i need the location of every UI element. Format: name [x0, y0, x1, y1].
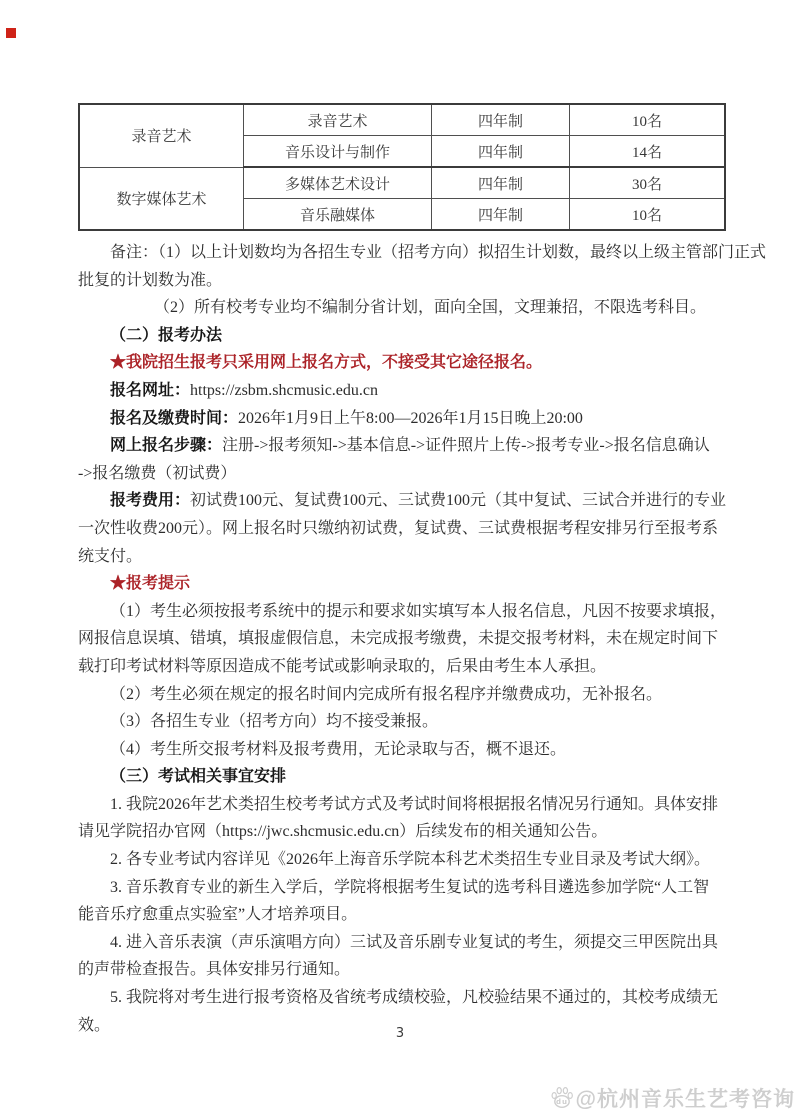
red-notice-line: ★报考提示: [78, 570, 720, 598]
table-cell-program: 多媒体艺术设计: [244, 167, 432, 199]
notes-line: 批复的计划数为准。: [78, 267, 720, 295]
numbered-item: 3. 音乐教育专业的新生入学后，学院将根据考生复试的选考科目遴选参加学院“人工智: [78, 874, 720, 902]
table-cell-program: 音乐设计与制作: [244, 136, 432, 168]
tip-line: （1）考生必须按报考系统中的提示和要求如实填写本人报名信息，凡因不按要求填报，: [78, 598, 720, 626]
table-cell-duration: 四年制: [432, 199, 570, 231]
tip-line: （4）考生所交报考材料及报考费用，无论录取与否，概不退还。: [78, 736, 720, 764]
numbered-item: 2. 各专业考试内容详见《2026年上海音乐学院本科艺术类招生专业目录及考试大纲…: [78, 846, 720, 874]
text-run: 网报信息误填、错填，填报虚假信息，未完成报考缴费，未提交报考材料，未在规定时间下: [78, 630, 718, 647]
labeled-line: 报名网址：https://zsbm.shcmusic.edu.cn: [78, 377, 720, 405]
text-run: 批复的计划数为准。: [78, 272, 222, 289]
svg-text:du: du: [556, 1098, 568, 1106]
table-cell-quota: 14名: [570, 136, 726, 168]
text-run: （4）考生所交报考材料及报考费用，无论录取与否，概不退还。: [110, 741, 566, 758]
red-corner-mark: [6, 28, 16, 38]
table-cell-duration: 四年制: [432, 136, 570, 168]
labeled-line: 报名及缴费时间：2026年1月9日上午8:00—2026年1月15日晚上20:0…: [78, 405, 720, 433]
numbered-item: 4. 进入音乐表演（声乐演唱方向）三试及音乐剧专业复试的考生，须提交三甲医院出具: [78, 929, 720, 957]
labeled-line-wrap: 统支付。: [78, 543, 720, 571]
text-run: 备注：（1）以上计划数均为各招生专业（招考方向）拟招生计划数，最终以上级主管部门…: [110, 244, 766, 261]
inline-label: （三）考试相关事宜安排: [110, 768, 286, 785]
tip-line: 载打印考试材料等原因造成不能考试或影响录取的，后果由考生本人承担。: [78, 653, 720, 681]
red-text-run: ★报考提示: [110, 575, 190, 592]
text-run: （1）考生必须按报考系统中的提示和要求如实填写本人报名信息，凡因不按要求填报，: [110, 603, 726, 620]
section-heading: （二）报考办法: [78, 322, 720, 350]
text-run: （2）所有校考专业均不编制分省计划，面向全国，文理兼招，不限选考科目。: [154, 299, 706, 316]
table-row: 录音艺术 录音艺术 四年制 10名: [79, 104, 725, 136]
text-run: 能音乐疗愈重点实验室”人才培养项目。: [78, 906, 357, 923]
watermark: du @杭州音乐生艺考咨询: [550, 1083, 795, 1113]
text-run: ->报名缴费（初试费）: [78, 465, 236, 482]
numbered-item: 能音乐疗愈重点实验室”人才培养项目。: [78, 901, 720, 929]
notes-line: 备注：（1）以上计划数均为各招生专业（招考方向）拟招生计划数，最终以上级主管部门…: [78, 239, 720, 267]
red-notice-line: ★我院招生报考只采用网上报名方式，不接受其它途径报名。: [78, 349, 720, 377]
inline-label: 网上报名步骤：: [110, 437, 222, 454]
tip-line: 网报信息误填、错填，填报虚假信息，未完成报考缴费，未提交报考材料，未在规定时间下: [78, 625, 720, 653]
baidu-paw-icon: du: [550, 1086, 574, 1110]
labeled-line-wrap: ->报名缴费（初试费）: [78, 460, 720, 488]
watermark-text: @杭州音乐生艺考咨询: [576, 1083, 795, 1113]
text-run: 2026年1月9日上午8:00—2026年1月15日晚上20:00: [238, 410, 583, 427]
text-run: 4. 进入音乐表演（声乐演唱方向）三试及音乐剧专业复试的考生，须提交三甲医院出具: [110, 934, 718, 951]
tip-line: （2）考生必须在规定的报名时间内完成所有报名程序并缴费成功，无补报名。: [78, 681, 720, 709]
table-cell-major: 录音艺术: [79, 104, 244, 167]
notes-line: （2）所有校考专业均不编制分省计划，面向全国，文理兼招，不限选考科目。: [78, 294, 720, 322]
text-run: 初试费100元、复试费100元、三试费100元（其中复试、三试合并进行的专业: [190, 492, 726, 509]
labeled-line: 网上报名步骤：注册->报考须知->基本信息->证件照片上传->报考专业->报名信…: [78, 432, 720, 460]
text-run: 2. 各专业考试内容详见《2026年上海音乐学院本科艺术类招生专业目录及考试大纲…: [110, 851, 710, 868]
text-run: 请见学院招办官网（https://jwc.shcmusic.edu.cn）后续发…: [78, 823, 607, 840]
section-heading: （三）考试相关事宜安排: [78, 763, 720, 791]
text-run: 注册->报考须知->基本信息->证件照片上传->报考专业->报名信息确认: [222, 437, 710, 454]
table-cell-program: 音乐融媒体: [244, 199, 432, 231]
text-run: 5. 我院将对考生进行报考资格及省统考成绩校验，凡校验结果不通过的，其校考成绩无: [110, 989, 718, 1006]
inline-label: （二）报考办法: [110, 327, 222, 344]
page-root: { "page": { "number": "3", "corner_mark_…: [0, 0, 800, 1120]
text-run: https://zsbm.shcmusic.edu.cn: [190, 382, 378, 399]
inline-label: 报考费用：: [110, 492, 190, 509]
text-run: 载打印考试材料等原因造成不能考试或影响录取的，后果由考生本人承担。: [78, 658, 606, 675]
labeled-line: 报考费用：初试费100元、复试费100元、三试费100元（其中复试、三试合并进行…: [78, 487, 720, 515]
admissions-plan-table: 录音艺术 录音艺术 四年制 10名 音乐设计与制作 四年制 14名 数字媒体艺术…: [78, 103, 726, 231]
text-run: 3. 音乐教育专业的新生入学后，学院将根据考生复试的选考科目遴选参加学院“人工智: [110, 879, 709, 896]
table-cell-quota: 10名: [570, 199, 726, 231]
document-body: 备注：（1）以上计划数均为各招生专业（招考方向）拟招生计划数，最终以上级主管部门…: [78, 239, 720, 1039]
numbered-item: 1. 我院2026年艺术类招生校考考试方式及考试时间将根据报名情况另行通知。具体…: [78, 791, 720, 819]
text-run: 统支付。: [78, 548, 142, 565]
table-cell-major: 数字媒体艺术: [79, 167, 244, 230]
numbered-item: 的声带检查报告。具体安排另行通知。: [78, 956, 720, 984]
red-text-run: ★我院招生报考只采用网上报名方式，不接受其它途径报名。: [110, 354, 542, 371]
inline-label: 报名及缴费时间：: [110, 410, 238, 427]
table-cell-duration: 四年制: [432, 104, 570, 136]
inline-label: 报名网址：: [110, 382, 190, 399]
numbered-item: 5. 我院将对考生进行报考资格及省统考成绩校验，凡校验结果不通过的，其校考成绩无: [78, 984, 720, 1012]
text-run: （3）各招生专业（招考方向）均不接受兼报。: [110, 713, 438, 730]
page-number: 3: [0, 1026, 800, 1041]
text-run: （2）考生必须在规定的报名时间内完成所有报名程序并缴费成功，无补报名。: [110, 686, 662, 703]
tip-line: （3）各招生专业（招考方向）均不接受兼报。: [78, 708, 720, 736]
text-run: 的声带检查报告。具体安排另行通知。: [78, 961, 350, 978]
numbered-item: 请见学院招办官网（https://jwc.shcmusic.edu.cn）后续发…: [78, 818, 720, 846]
text-run: 一次性收费200元）。网上报名时只缴纳初试费，复试费、三试费根据考程安排另行至报…: [78, 520, 718, 537]
table-cell-quota: 10名: [570, 104, 726, 136]
table-cell-duration: 四年制: [432, 167, 570, 199]
document-page: 录音艺术 录音艺术 四年制 10名 音乐设计与制作 四年制 14名 数字媒体艺术…: [78, 103, 720, 1039]
text-run: 1. 我院2026年艺术类招生校考考试方式及考试时间将根据报名情况另行通知。具体…: [110, 796, 718, 813]
table-cell-program: 录音艺术: [244, 104, 432, 136]
labeled-line-wrap: 一次性收费200元）。网上报名时只缴纳初试费，复试费、三试费根据考程安排另行至报…: [78, 515, 720, 543]
table-row: 数字媒体艺术 多媒体艺术设计 四年制 30名: [79, 167, 725, 199]
table-cell-quota: 30名: [570, 167, 726, 199]
